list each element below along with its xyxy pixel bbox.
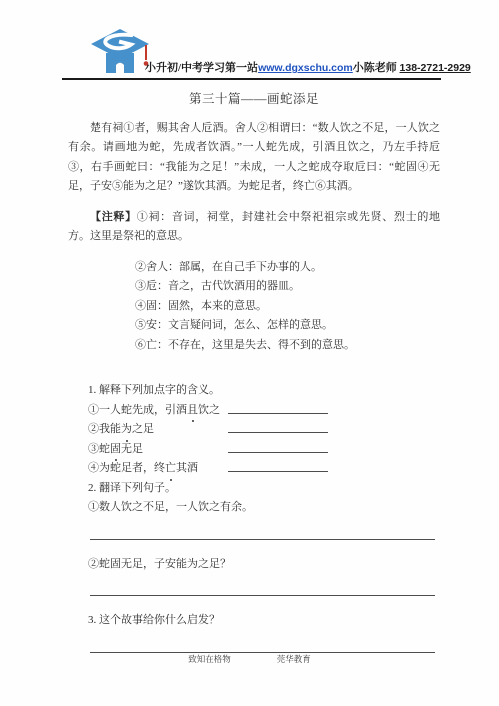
answer-blank-4[interactable]: [228, 471, 328, 472]
header-divider: [62, 78, 441, 80]
answer-blank-1[interactable]: [228, 413, 328, 414]
passage-text: 楚有祠①者，赐其舍人卮酒。舍人②相谓曰：“数人饮之不足，一人饮之有余。请画地为蛇…: [68, 119, 440, 197]
q1-item-4-text: ④为蛇足者，终亡其酒: [88, 462, 198, 474]
questions-section: 1. 解释下列加点字的含义。 ①一人蛇先成，引酒且饮之 ②我能为之足 ③蛇固无足…: [88, 381, 440, 653]
question-3-title: 3. 这个故事给你什么启发？: [88, 611, 440, 631]
answer-line-2[interactable]: [90, 595, 435, 596]
teacher-contact: 小陈老师 138-2721-2929: [353, 59, 471, 75]
q1-item-4: ④为蛇足者，终亡其酒: [88, 459, 440, 479]
q2-item-2: ②蛇固无足，子安能为之足？: [88, 555, 440, 575]
footer-brand: 莞华教育: [277, 653, 311, 665]
answer-blank-2[interactable]: [228, 432, 328, 433]
document-page: 小升初/中考学习第一站 www.dgxschu.com 小陈老师 138-272…: [0, 0, 499, 706]
notes-label: 【注释】: [90, 211, 137, 223]
footer: 致知在格物 莞华教育: [0, 653, 499, 665]
note-item-5: ⑤安：文言疑问词，怎么、怎样的意思。: [135, 316, 440, 336]
footer-motto: 致知在格物: [188, 653, 231, 665]
q1-item-2-text: ②我能为之足: [88, 423, 154, 435]
q2-item-1: ①数人饮之不足，一人饮之有余。: [88, 498, 440, 518]
teacher-name: 小陈老师: [353, 62, 397, 74]
website-link[interactable]: www.dgxschu.com: [258, 62, 353, 74]
header: 小升初/中考学习第一站 www.dgxschu.com 小陈老师 138-272…: [0, 0, 499, 80]
answer-line-1[interactable]: [90, 539, 435, 540]
page-title: 第三十篇——画蛇添足: [68, 90, 440, 110]
q1-item-2: ②我能为之足: [88, 420, 440, 440]
q1-item-1: ①一人蛇先成，引酒且饮之: [88, 401, 440, 421]
phone-number: 138-2721-2929: [400, 62, 471, 74]
content: 第三十篇——画蛇添足 楚有祠①者，赐其舍人卮酒。舍人②相谓曰：“数人饮之不足，一…: [0, 90, 499, 653]
note-item-6: ⑥亡：不存在，这里是失去、得不到的意思。: [135, 336, 440, 356]
q1-item-3: ③蛇固无足: [88, 440, 440, 460]
q1-item-1-text: ①一人蛇先成，引酒且饮之: [88, 404, 220, 416]
note-item-2: ②舍人：部属，在自己手下办事的人。: [135, 258, 440, 278]
question-1-title: 1. 解释下列加点字的含义。: [88, 381, 440, 401]
note-item-4: ④固：固然，本来的意思。: [135, 297, 440, 317]
q1-item-3-text: ③蛇固无足: [88, 443, 143, 455]
answer-blank-3[interactable]: [228, 452, 328, 453]
site-name: 小升初/中考学习第一站: [145, 59, 258, 75]
notes-first-line: 【注释】①祠：音词，祠堂，封建社会中祭祀祖宗或先贤、烈士的地方。这里是祭祀的意思…: [68, 208, 440, 247]
question-2-title: 2. 翻译下列句子。: [88, 479, 440, 499]
note-item-3: ③卮：音之，古代饮酒用的器皿。: [135, 277, 440, 297]
